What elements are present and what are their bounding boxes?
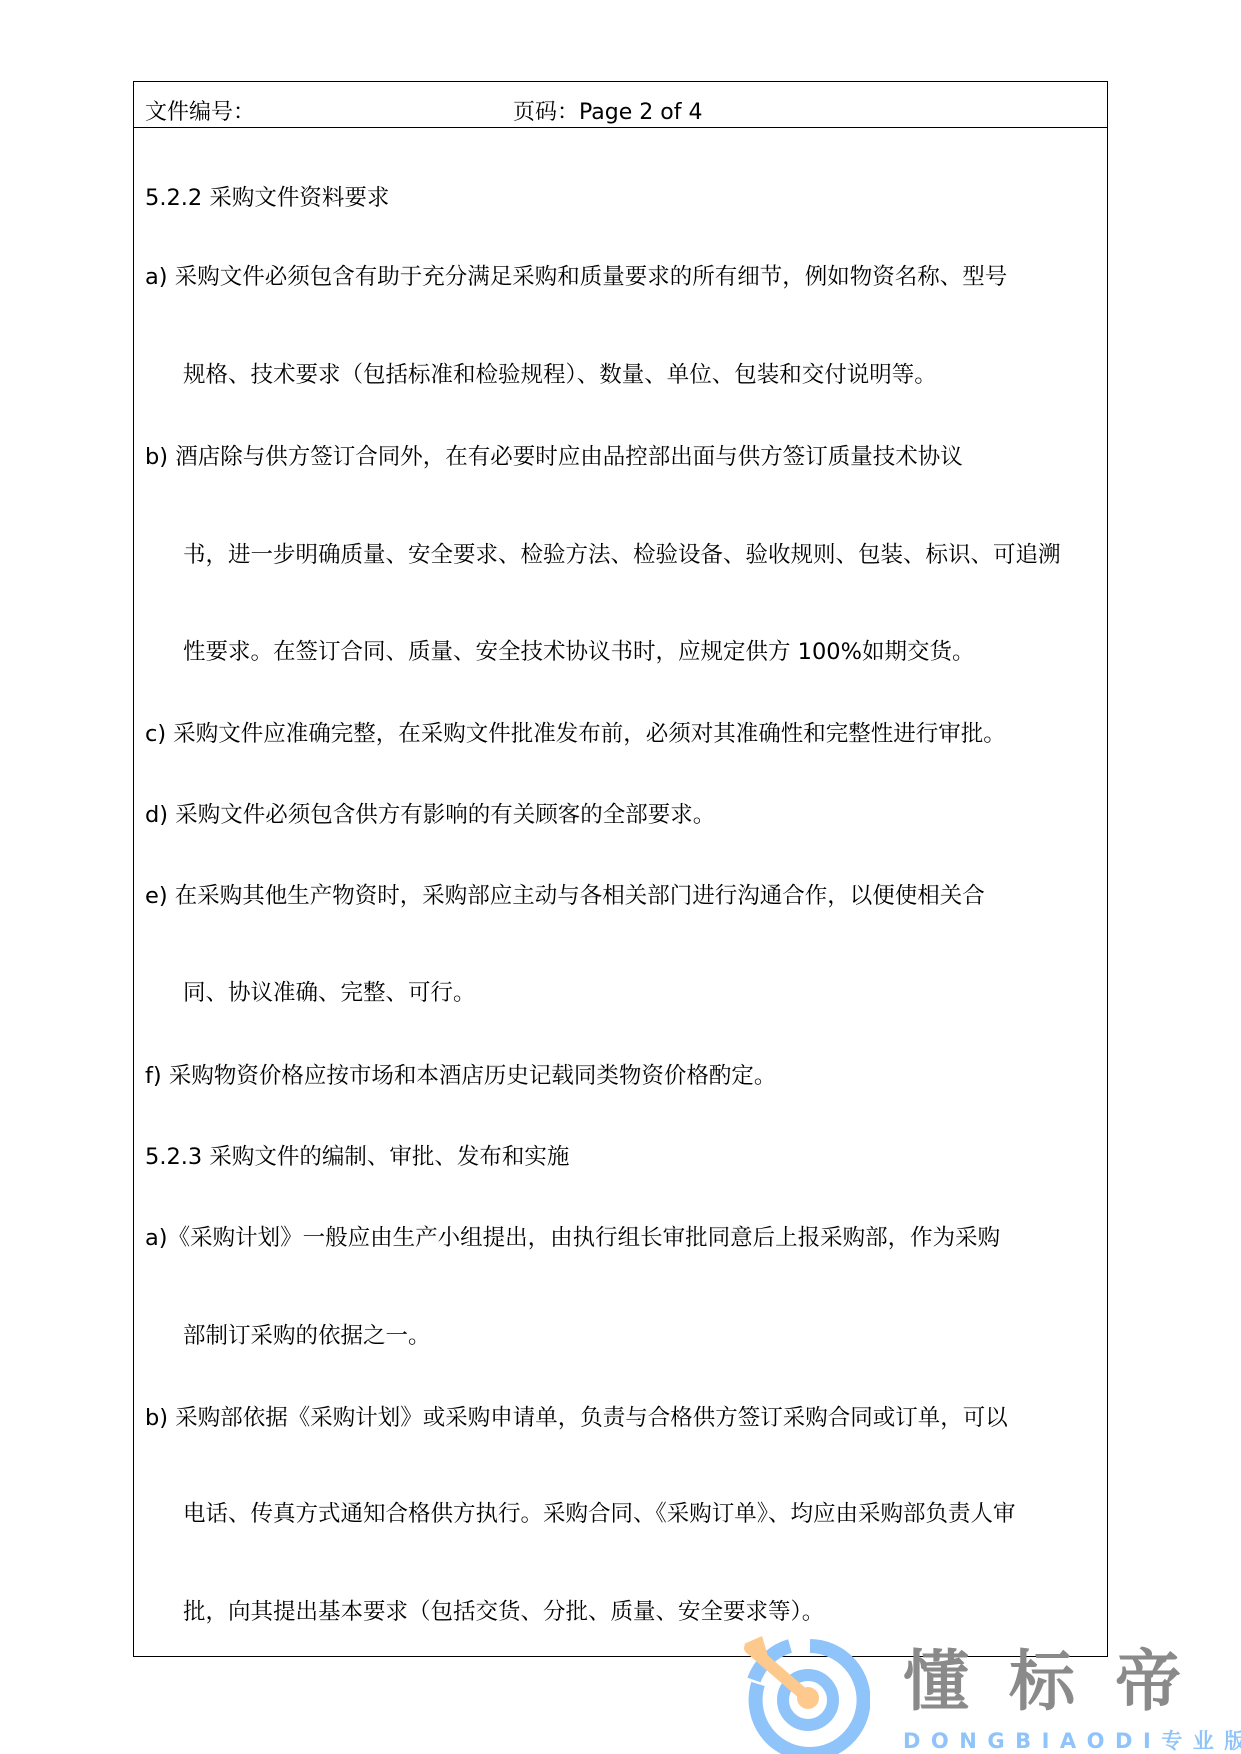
header-divider: [133, 127, 1108, 128]
paragraph-continuation: 同、协议准确、完整、可行。: [183, 979, 476, 1007]
paragraph-continuation: 书，进一步明确质量、安全要求、检验方法、检验设备、验收规则、包装、标识、可追溯: [183, 541, 1061, 569]
paragraph-continuation: 规格、技术要求（包括标准和检验规程）、数量、单位、包装和交付说明等。: [183, 361, 937, 389]
target-arrow-icon: [740, 1628, 870, 1754]
paragraph-line: f) 采购物资价格应按市场和本酒店历史记载同类物资价格酌定。: [145, 1062, 776, 1090]
paragraph-continuation: 电话、传真方式通知合格供方执行。采购合同、《采购订单》、均应由采购部负责人审: [183, 1500, 1016, 1528]
paragraph-line: a)《采购计划》一般应由生产小组提出，由执行组长审批同意后上报采购部，作为采购: [145, 1224, 1000, 1252]
watermark-subtitle: DONGBIAODI专业版: [903, 1730, 1241, 1752]
paragraph-line: 5.2.3 采购文件的编制、审批、发布和实施: [145, 1143, 569, 1171]
paragraph-line: b) 酒店除与供方签订合同外，在有必要时应由品控部出面与供方签订质量技术协议: [145, 443, 963, 471]
paragraph-continuation: 批，向其提出基本要求（包括交货、分批、质量、安全要求等）。: [183, 1598, 824, 1626]
page-number-label: 页码：Page 2 of 4: [513, 100, 702, 126]
paragraph-line: a) 采购文件必须包含有助于充分满足采购和质量要求的所有细节，例如物资名称、型号: [145, 263, 1007, 291]
watermark: 懂标帝 DONGBIAODI专业版: [740, 1628, 1241, 1754]
paragraph-continuation: 性要求。在签订合同、质量、安全技术协议书时，应规定供方 100%如期交货。: [183, 638, 974, 666]
paragraph-continuation: 部制订采购的依据之一。: [183, 1322, 431, 1350]
watermark-title: 懂标帝: [903, 1646, 1221, 1718]
paragraph-line: e) 在采购其他生产物资时，采购部应主动与各相关部门进行沟通合作，以便使相关合: [145, 882, 985, 910]
paragraph-line: c) 采购文件应准确完整，在采购文件批准发布前，必须对其准确性和完整性进行审批。: [145, 720, 1006, 748]
paragraph-line: 5.2.2 采购文件资料要求: [145, 184, 389, 212]
paragraph-line: d) 采购文件必须包含供方有影响的有关顾客的全部要求。: [145, 801, 715, 829]
doc-number-label: 文件编号：: [145, 100, 255, 126]
paragraph-line: b) 采购部依据《采购计划》或采购申请单，负责与合格供方签订采购合同或订单，可以: [145, 1404, 1008, 1432]
